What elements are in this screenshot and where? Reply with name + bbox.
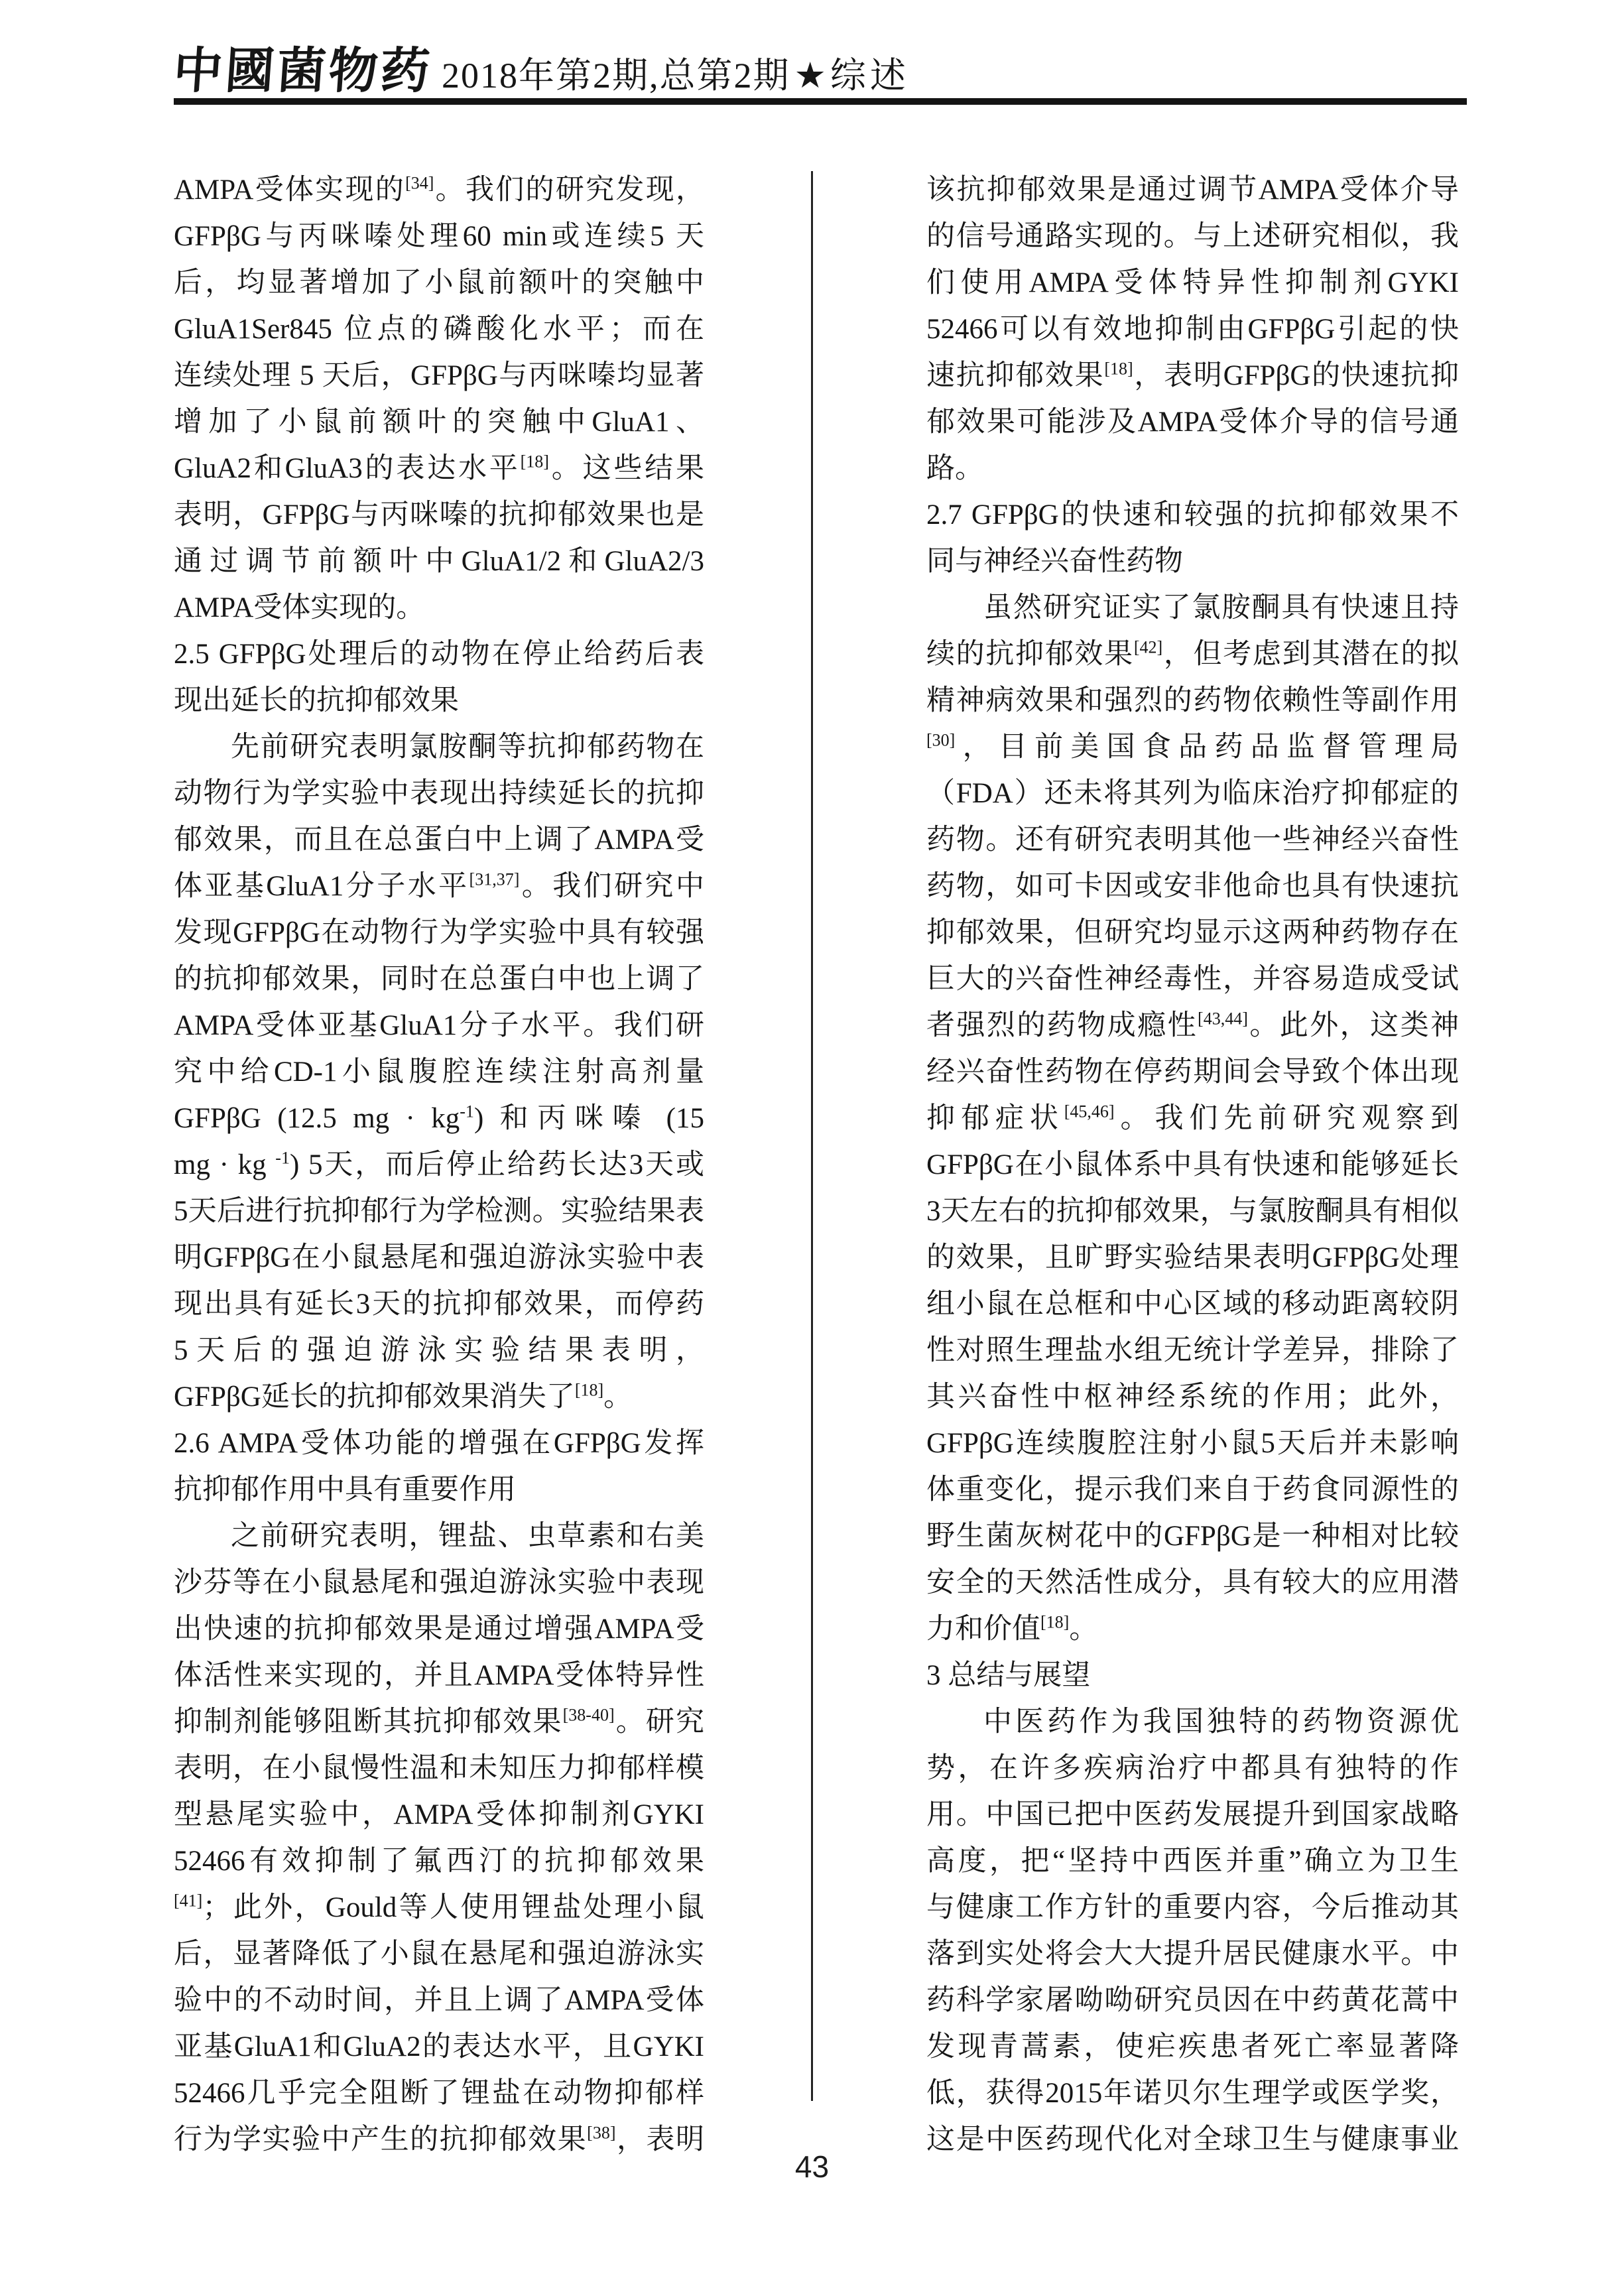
reference-superscript: [30] (926, 731, 955, 750)
text-line: 虽然研究证实了氯胺酮具有快速且持 (926, 585, 1459, 631)
text-line: 验中的不动时间，并且上调了AMPA受体 (174, 1978, 704, 2024)
text-line: 现出具有延长3天的抗抑郁效果，而停药 (174, 1281, 704, 1328)
text-line: 体重变化，提示我们来自于药食同源性的 (926, 1467, 1459, 1513)
text-line: 经兴奋性药物在停药期间会导致个体出现 (926, 1049, 1459, 1096)
text-line: 明GFPβG在小鼠悬尾和强迫游泳实验中表 (174, 1235, 704, 1281)
text-line: 用。中国已把中医药发展提升到国家战略 (926, 1792, 1459, 1838)
text-line: 性对照生理盐水组无统计学差异，排除了 (926, 1328, 1459, 1374)
reference-superscript: [45,46] (1064, 1102, 1115, 1121)
journal-logo: 中國菌物药 (171, 32, 434, 102)
text-line: 组小鼠在总框和中心区域的移动距离较阴 (926, 1281, 1459, 1328)
text-line: 中医药作为我国独特的药物资源优 (926, 1699, 1459, 1745)
text-line: GFPβG在小鼠体系中具有快速和能够延长 (926, 1142, 1459, 1188)
text-line: 52466可以有效地抑制由GFPβG引起的快 (926, 306, 1459, 353)
text-line: 精神病效果和强烈的药物依赖性等副作用 (926, 678, 1459, 724)
text-line: 力和价值[18]。 (926, 1606, 1459, 1653)
text-line: 的信号通路实现的。与上述研究相似，我 (926, 214, 1459, 260)
text-line: 现出延长的抗抑郁效果 (174, 678, 704, 724)
header-rule (174, 98, 1467, 105)
text-line: （FDA）还未将其列为临床治疗抑郁症的 (926, 771, 1459, 817)
reference-superscript: [18] (1040, 1613, 1069, 1632)
reference-superscript: [18] (521, 452, 549, 472)
text-line: 该抗抑郁效果是通过调节AMPA受体介导 (926, 167, 1459, 214)
text-line: 抑制剂能够阻断其抗抑郁效果[38-40]。研究 (174, 1699, 704, 1745)
text-line: 表明，GFPβG与丙咪嗪的抗抑郁效果也是 (174, 492, 704, 538)
text-line: 发现GFPβG在动物行为学实验中具有较强 (174, 910, 704, 956)
text-line: AMPA受体实现的。 (174, 585, 704, 631)
text-line: GFPβG连续腹腔注射小鼠5天后并未影响 (926, 1421, 1459, 1467)
text-line: 体亚基GluA1分子水平[31,37]。我们研究中 (174, 863, 704, 910)
text-line: 2.5 GFPβG处理后的动物在停止给药后表 (174, 631, 704, 678)
text-line: 续的抗抑郁效果[42]，但考虑到其潜在的拟 (926, 631, 1459, 678)
reference-superscript: [38-40] (563, 1706, 615, 1725)
text-line: GFPβG (12.5 mg · kg-1) 和丙咪嗪 (15 (174, 1096, 704, 1142)
reference-superscript: [43,44] (1198, 1009, 1248, 1029)
text-line: 的效果，且旷野实验结果表明GFPβG处理 (926, 1235, 1459, 1281)
text-line: 与健康工作方针的重要内容，今后推动其 (926, 1885, 1459, 1931)
text-line: 后，显著降低了小鼠在悬尾和强迫游泳实 (174, 1931, 704, 1978)
text-line: mg · kg -1) 5天，而后停止给药长达3天或 (174, 1142, 704, 1188)
text-line: [30]，目前美国食品药品监督管理局 (926, 724, 1459, 771)
text-line: 低，获得2015年诺贝尔生理学或医学奖， (926, 2070, 1459, 2117)
text-line: 52466有效抑制了氟西汀的抗抑郁效果 (174, 1838, 704, 1885)
text-line: 出快速的抗抑郁效果是通过增强AMPA受 (174, 1606, 704, 1653)
text-line: 沙芬等在小鼠悬尾和强迫游泳实验中表现 (174, 1560, 704, 1606)
text-line: [41]；此外，Gould等人使用锂盐处理小鼠 (174, 1885, 704, 1931)
text-line: 2.7 GFPβG的快速和较强的抗抑郁效果不 (926, 492, 1459, 538)
text-line: 势，在许多疾病治疗中都具有独特的作 (926, 1745, 1459, 1792)
text-line: 药物。还有研究表明其他一些神经兴奋性 (926, 817, 1459, 863)
text-line: 同与神经兴奋性药物 (926, 538, 1459, 585)
text-line: 3 总结与展望 (926, 1653, 1459, 1699)
text-line: 3天左右的抗抑郁效果，与氯胺酮具有相似 (926, 1188, 1459, 1235)
text-line: 连续处理 5 天后，GFPβG与丙咪嗪均显著 (174, 353, 704, 399)
reference-superscript: [18] (575, 1381, 603, 1400)
text-line: 野生菌灰树花中的GFPβG是一种相对比较 (926, 1513, 1459, 1560)
text-line: 5天后进行抗抑郁行为学检测。实验结果表 (174, 1188, 704, 1235)
text-line: 亚基GluA1和GluA2的表达水平，且GYKI (174, 2024, 704, 2070)
text-line: 们使用AMPA受体特异性抑制剂GYKI (926, 260, 1459, 306)
text-line: 药物，如可卡因或安非他命也具有快速抗 (926, 863, 1459, 910)
reference-superscript: [41] (174, 1891, 202, 1911)
reference-superscript: [34] (405, 174, 434, 193)
text-line: 5天后的强迫游泳实验结果表明， (174, 1328, 704, 1374)
page-header: 中國菌物药 2018年第2期,总第2期 ★ 综述 (174, 32, 910, 102)
left-column: AMPA受体实现的[34]。我们的研究发现，GFPβG与丙咪嗪处理60 min或… (174, 167, 704, 2163)
reference-superscript: [18] (1104, 359, 1133, 379)
text-line: 郁效果，而且在总蛋白中上调了AMPA受 (174, 817, 704, 863)
issue-info: 2018年第2期,总第2期 (442, 47, 790, 98)
text-line: 先前研究表明氯胺酮等抗抑郁药物在 (174, 724, 704, 771)
text-line: 抑郁症状[45,46]。我们先前研究观察到 (926, 1096, 1459, 1142)
text-line: 之前研究表明，锂盐、虫草素和右美 (174, 1513, 704, 1560)
text-line: 52466几乎完全阻断了锂盐在动物抑郁样 (174, 2070, 704, 2117)
text-line: AMPA受体实现的[34]。我们的研究发现， (174, 167, 704, 214)
reference-superscript: [38] (587, 2123, 615, 2143)
text-line: 落到实处将会大大提升居民健康水平。中 (926, 1931, 1459, 1978)
reference-superscript: -1 (460, 1102, 474, 1121)
text-line: 安全的天然活性成分，具有较大的应用潜 (926, 1560, 1459, 1606)
text-line: 发现青蒿素，使疟疾患者死亡率显著降 (926, 2024, 1459, 2070)
reference-superscript: [31,37] (469, 870, 520, 889)
text-line: 抑郁效果，但研究均显示这两种药物存在 (926, 910, 1459, 956)
star-icon: ★ (794, 54, 826, 96)
text-line: 体活性来实现的，并且AMPA受体特异性 (174, 1653, 704, 1699)
text-line: 路。 (926, 446, 1459, 492)
text-line: 高度，把“坚持中西医并重”确立为卫生 (926, 1838, 1459, 1885)
text-line: 速抗抑郁效果[18]，表明GFPβG的快速抗抑 (926, 353, 1459, 399)
page-number: 43 (0, 2149, 1624, 2184)
section-label: 综述 (830, 47, 910, 98)
right-column: 该抗抑郁效果是通过调节AMPA受体介导的信号通路实现的。与上述研究相似，我们使用… (926, 167, 1459, 2163)
text-line: 型悬尾实验中，AMPA受体抑制剂GYKI (174, 1792, 704, 1838)
reference-superscript: -1 (275, 1149, 290, 1168)
text-line: 的抗抑郁效果，同时在总蛋白中也上调了 (174, 956, 704, 1003)
document-page: 中國菌物药 2018年第2期,总第2期 ★ 综述 AMPA受体实现的[34]。我… (0, 0, 1624, 2278)
text-line: GFPβG延长的抗抑郁效果消失了[18]。 (174, 1374, 704, 1421)
text-line: 药科学家屠呦呦研究员因在中药黄花蒿中 (926, 1978, 1459, 2024)
column-divider (811, 171, 813, 2101)
text-line: 增加了小鼠前额叶的突触中GluA1、 (174, 399, 704, 446)
text-line: GluA1Ser845 位点的磷酸化水平；而在 (174, 306, 704, 353)
text-line: AMPA受体亚基GluA1分子水平。我们研 (174, 1003, 704, 1049)
text-line: 巨大的兴奋性神经毒性，并容易造成受试 (926, 956, 1459, 1003)
text-line: 其兴奋性中枢神经系统的作用；此外， (926, 1374, 1459, 1421)
text-line: 2.6 AMPA受体功能的增强在GFPβG发挥 (174, 1421, 704, 1467)
text-line: 动物行为学实验中表现出持续延长的抗抑 (174, 771, 704, 817)
reference-superscript: [42] (1134, 638, 1162, 657)
text-line: 郁效果可能涉及AMPA受体介导的信号通 (926, 399, 1459, 446)
text-line: GFPβG与丙咪嗪处理60 min或连续5 天 (174, 214, 704, 260)
text-line: 者强烈的药物成瘾性[43,44]。此外，这类神 (926, 1003, 1459, 1049)
text-line: 究中给CD-1小鼠腹腔连续注射高剂量 (174, 1049, 704, 1096)
text-line: 表明，在小鼠慢性温和未知压力抑郁样模 (174, 1745, 704, 1792)
text-line: GluA2和GluA3的表达水平[18]。这些结果 (174, 446, 704, 492)
text-line: 后，均显著增加了小鼠前额叶的突触中 (174, 260, 704, 306)
text-line: 通过调节前额叶中GluA1/2和GluA2/3 (174, 538, 704, 585)
text-line: 抗抑郁作用中具有重要作用 (174, 1467, 704, 1513)
